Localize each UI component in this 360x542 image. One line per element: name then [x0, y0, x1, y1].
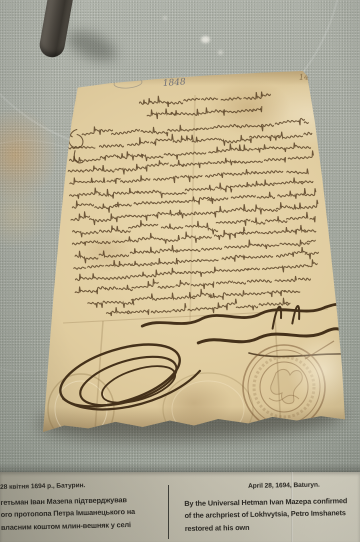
caption-date-uk: 28 квітня 1694 р., Батурин. [0, 480, 162, 491]
folio-number: 14 [299, 72, 310, 82]
manuscript-sheet: 1848 14 [43, 71, 345, 432]
caption-divider [168, 485, 169, 539]
archive-number: 1848 [163, 77, 187, 89]
caption-card-shadow [0, 463, 360, 472]
glass-glare [275, 323, 360, 418]
caption-line: restored at his own [185, 520, 360, 536]
caption-ukrainian: 28 квітня 1694 р., Батурин. гетьман Іван… [0, 480, 163, 534]
caption-english: April 28, 1694, Baturyn. By the Universa… [184, 481, 360, 535]
light-flare [0, 170, 60, 260]
stand-rod-shadow [63, 25, 120, 67]
caption-card: 28 квітня 1694 р., Батурин. гетьман Іван… [0, 472, 360, 542]
glare-spot [218, 50, 223, 55]
glare-spot [201, 36, 210, 43]
caption-date-en: April 28, 1694, Baturyn. [248, 481, 360, 490]
archive-marks: 1848 14 [114, 72, 310, 89]
exhibit-photo: 1848 14 28 квітня 1694 р., Батурин. геть… [0, 0, 360, 542]
caption-line: власним коштом млин-вешняк у селі [1, 518, 163, 534]
display-stand-rod [38, 0, 74, 59]
glare-spot [163, 16, 167, 20]
